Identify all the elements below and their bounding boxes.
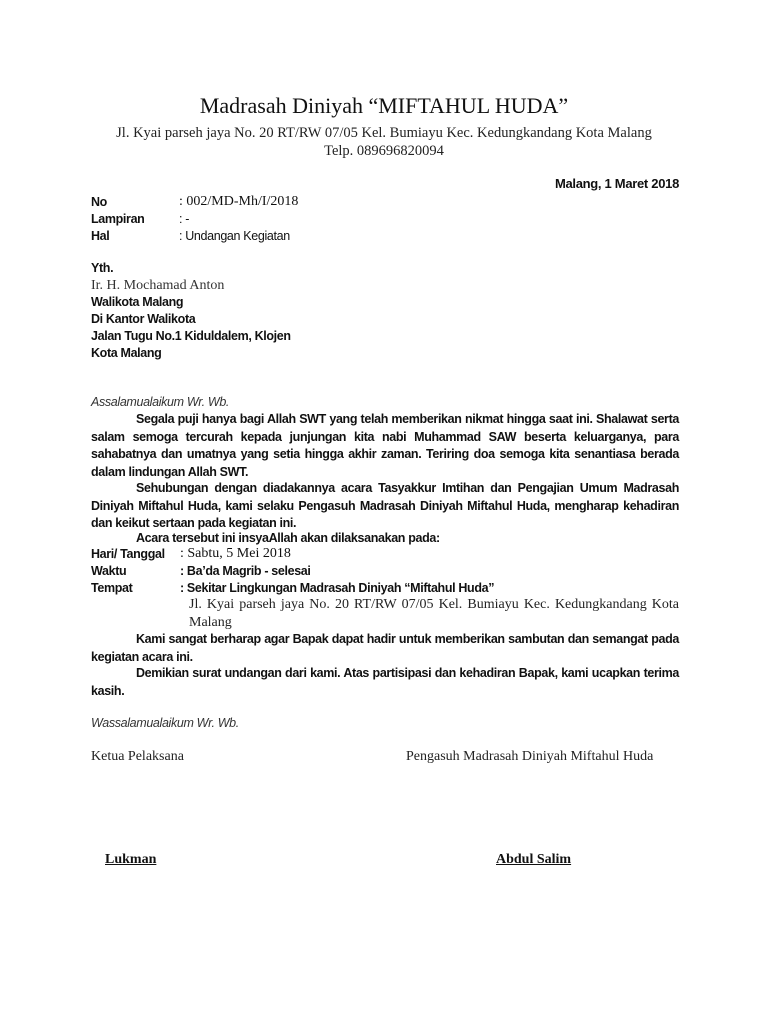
signature-left-role: Ketua Pelaksana (91, 749, 184, 765)
recipient-city: Kota Malang (91, 345, 291, 362)
paragraph-hope-text: Kami sangat berharap agar Bapak dapat ha… (91, 632, 679, 664)
event-date-label: Hari/ Tanggal (91, 545, 165, 563)
paragraph-closing-text: Demikian surat undangan dari kami. Atas … (91, 666, 679, 698)
paragraph-opening: Segala puji hanya bagi Allah SWT yang te… (91, 411, 679, 481)
letter-date: Malang, 1 Maret 2018 (555, 176, 679, 191)
letterhead-title: Madrasah Diniyah “MIFTAHUL HUDA” (0, 92, 768, 120)
recipient-office: Di Kantor Walikota (91, 311, 291, 328)
event-place-label: Tempat (91, 579, 132, 597)
paragraph-hope: Kami sangat berharap agar Bapak dapat ha… (91, 631, 679, 666)
closing-greeting: Wassalamualaikum Wr. Wb. (91, 716, 239, 730)
reference-number-label: No (91, 193, 179, 211)
paragraph-opening-text: Segala puji hanya bagi Allah SWT yang te… (91, 412, 679, 479)
reference-attachment-value: : - (179, 210, 189, 228)
reference-number-value: : 002/MD-Mh/I/2018 (179, 193, 298, 211)
recipient-name: Ir. H. Mochamad Anton (91, 277, 291, 294)
recipient-salutation: Yth. (91, 260, 291, 277)
event-time-label: Waktu (91, 562, 126, 580)
letterhead-phone: Telp. 089696820094 (0, 142, 768, 160)
letter-page: Madrasah Diniyah “MIFTAHUL HUDA” Jl. Kya… (0, 0, 768, 1024)
recipient-block: Yth. Ir. H. Mochamad Anton Walikota Mala… (91, 260, 291, 362)
signature-right-role: Pengasuh Madrasah Diniyah Miftahul Huda (406, 749, 653, 765)
paragraph-event-intro-text: Acara tersebut ini insyaAllah akan dilak… (136, 531, 440, 545)
reference-subject-value: : Undangan Kegiatan (179, 227, 290, 245)
signature-right-name: Abdul Salim (496, 852, 571, 868)
signature-left-name: Lukman (105, 852, 156, 868)
event-date-value: : Sabtu, 5 Mei 2018 (180, 545, 291, 563)
recipient-position: Walikota Malang (91, 294, 291, 311)
paragraph-closing: Demikian surat undangan dari kami. Atas … (91, 665, 679, 700)
letterhead-address: Jl. Kyai parseh jaya No. 20 RT/RW 07/05 … (0, 124, 768, 142)
event-time-value: : Ba’da Magrib - selesai (180, 562, 311, 580)
event-place-address: Jl. Kyai parseh jaya No. 20 RT/RW 07/05 … (189, 596, 679, 632)
opening-greeting: Assalamualaikum Wr. Wb. (91, 395, 229, 409)
reference-attachment-label: Lampiran (91, 210, 179, 228)
recipient-street: Jalan Tugu No.1 Kiduldalem, Klojen (91, 328, 291, 345)
reference-subject-label: Hal (91, 227, 179, 245)
paragraph-purpose-text: Sehubungan dengan diadakannya acara Tasy… (91, 481, 679, 530)
paragraph-purpose: Sehubungan dengan diadakannya acara Tasy… (91, 480, 679, 533)
event-place-value: : Sekitar Lingkungan Madrasah Diniyah “M… (180, 579, 494, 597)
